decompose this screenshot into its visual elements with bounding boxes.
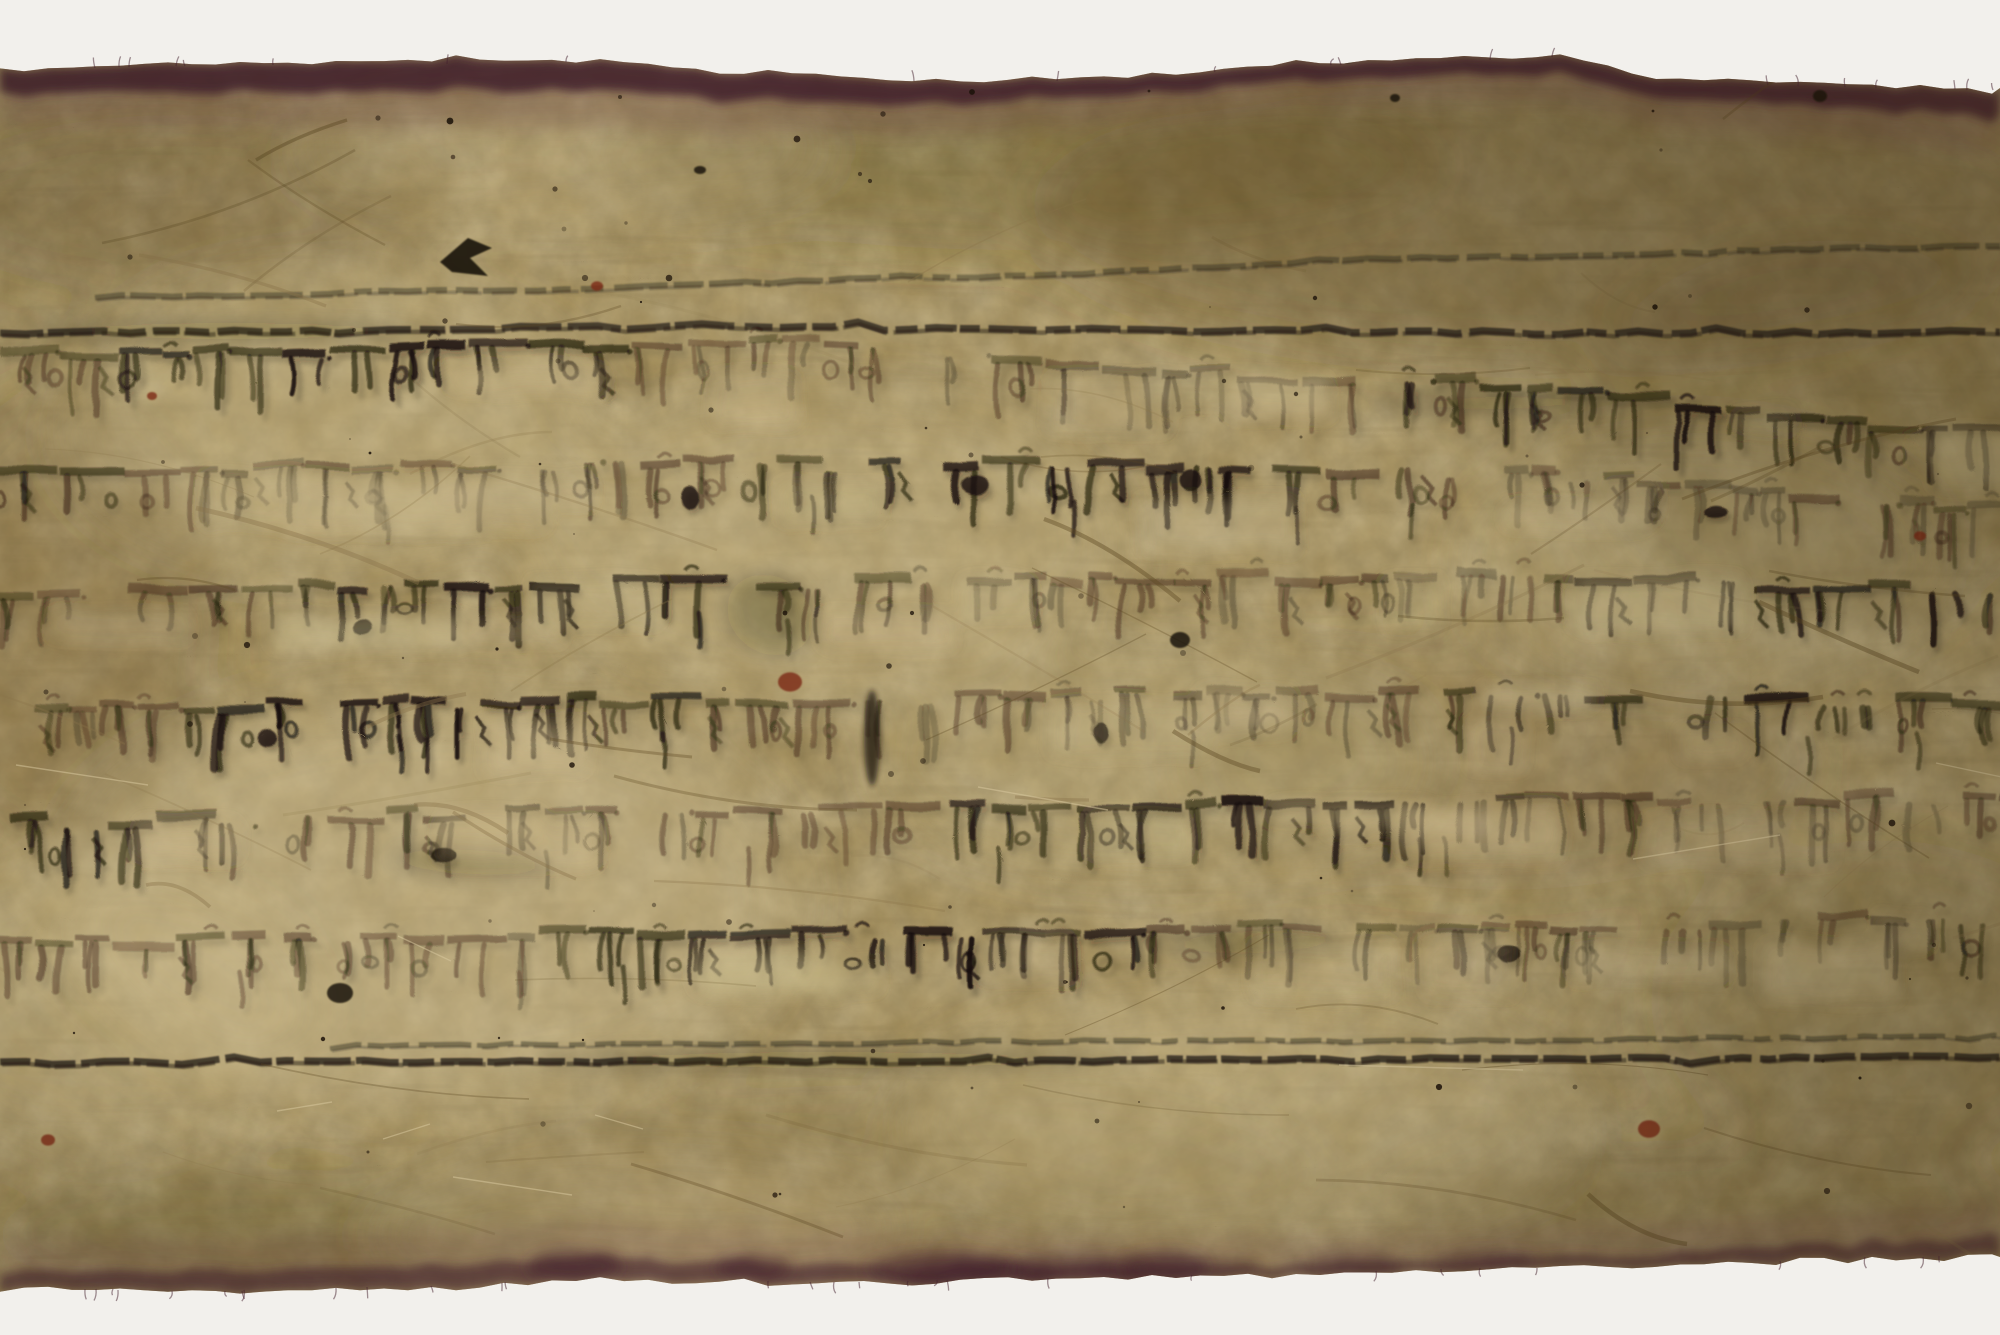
manuscript-canvas xyxy=(0,0,2000,1335)
vignette-shading xyxy=(0,0,2000,1335)
paper-content xyxy=(0,0,2000,1335)
paper-sheet xyxy=(0,0,2000,1335)
manuscript-photograph xyxy=(0,0,2000,1335)
